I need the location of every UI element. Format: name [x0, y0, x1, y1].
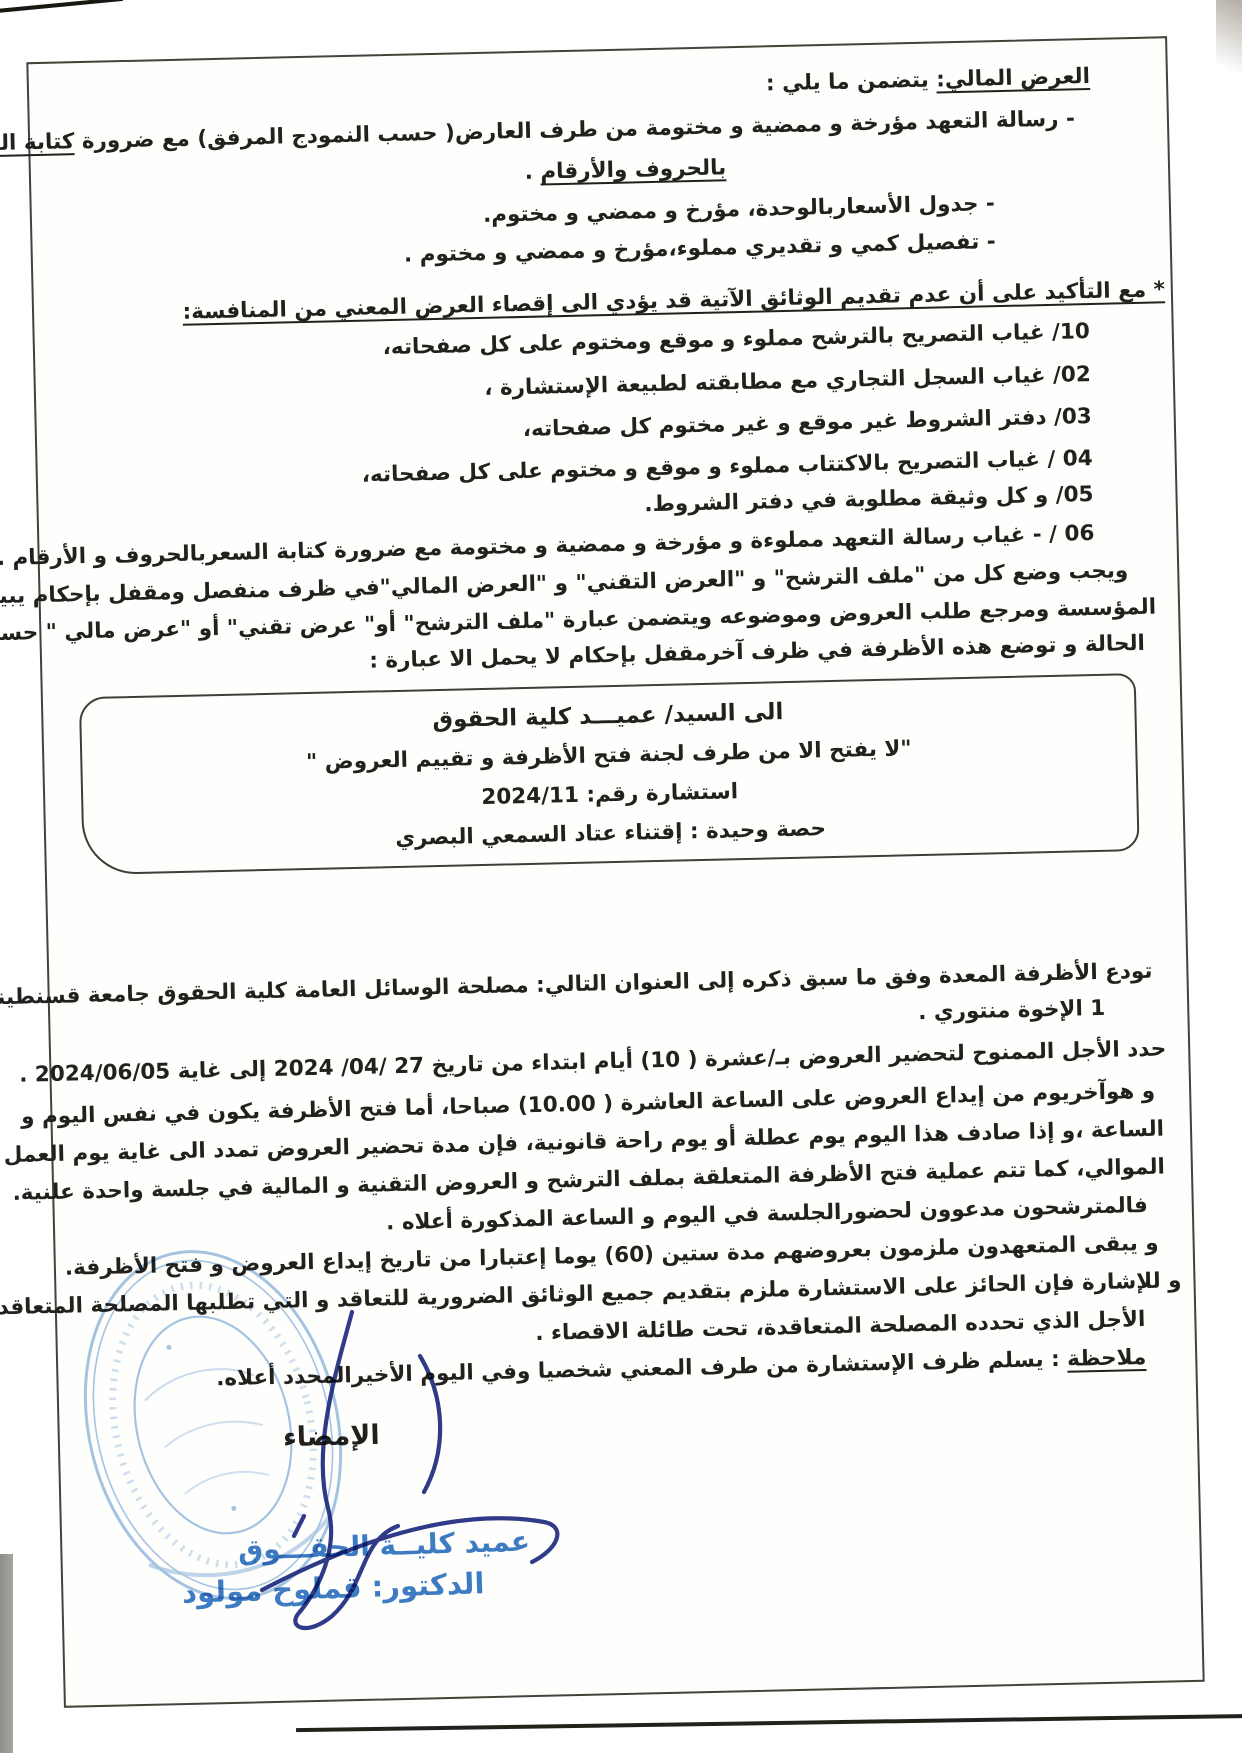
scan-edge-top	[0, 0, 124, 13]
note-label: ملاحظة	[1067, 1345, 1147, 1372]
note-text: : يسلم ظرف الإستشارة من طرف المعني شخصيا…	[216, 1347, 1067, 1391]
scanner-bed-strip	[0, 1554, 13, 1753]
continuation-underlined: بالحروف والأرقام	[540, 155, 726, 184]
heading-rest: يتضمن ما يلي :	[766, 67, 937, 96]
bullet-text: - رسالة التعهد مؤرخة و ممضية و مختومة من…	[74, 106, 1075, 154]
scanned-document: { "colors": { "ink": "#23211d", "page_bo…	[0, 0, 1242, 1753]
signature-label: الإمضاء	[283, 1420, 380, 1454]
scan-corner-shadow	[1216, 0, 1242, 112]
document-page: العرض المالي: يتضمن ما يلي : - رسالة الت…	[26, 36, 1204, 1708]
bullet-underlined: كتابة السعر	[0, 129, 75, 157]
envelope-address-box: الى السيد/ عميـــد كلية الحقوق "لا يفتح …	[79, 673, 1140, 875]
scan-edge-bottom	[296, 1714, 1242, 1732]
continuation-rest: .	[524, 160, 540, 185]
heading-underlined: العرض المالي:	[936, 64, 1090, 93]
document-content: العرض المالي: يتضمن ما يلي : - رسالة الت…	[28, 38, 1202, 1706]
